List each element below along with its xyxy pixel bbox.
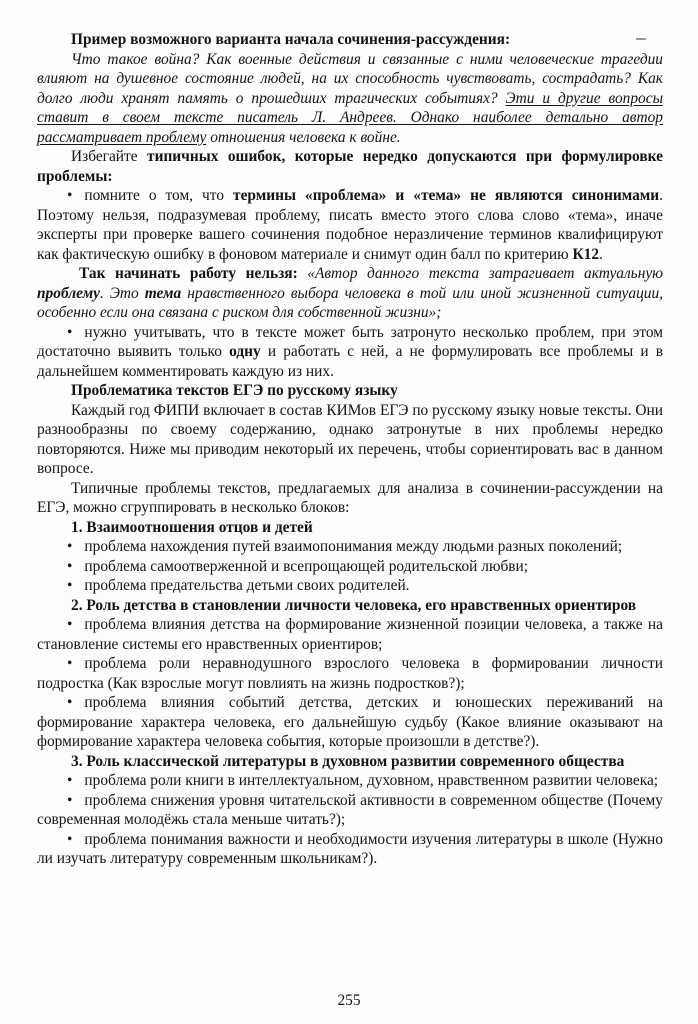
bullet-icon: • <box>67 616 84 633</box>
text-run: . Это <box>100 285 145 302</box>
paragraph: Что такое война? Как военные действия и … <box>37 50 663 148</box>
text-run: проблема нахождения путей взаимопонимани… <box>84 538 622 555</box>
bullet-item: •проблема влияния детства на формировани… <box>37 615 663 654</box>
bullet-icon: • <box>67 577 84 594</box>
text-run: проблема роли неравнодушного взрослого ч… <box>37 655 663 692</box>
text-run: проблема понимания важности и необходимо… <box>37 831 663 868</box>
text-run: проблема влияния детства на формирование… <box>37 616 663 653</box>
text-run: термины «проблема» и «тема» не являются … <box>233 187 659 204</box>
text-run: проблема снижения уровня читательской ак… <box>37 792 663 829</box>
section-heading: 3. Роль классической литературы в духовн… <box>37 752 663 772</box>
text-run: 2. Роль детства в становлении личности ч… <box>71 597 636 614</box>
scan-artifact <box>636 38 646 40</box>
text-run: Проблематика текстов ЕГЭ по русскому язы… <box>71 382 398 399</box>
bullet-item: •проблема самоотверженной и всепрощающей… <box>37 557 663 577</box>
paragraph: Избегайте типичных ошибок, которые неред… <box>37 147 663 186</box>
paragraph: Каждый год ФИПИ включает в состав КИМов … <box>37 401 663 479</box>
bullet-item: •проблема понимания важности и необходим… <box>37 830 663 869</box>
bullet-icon: • <box>67 772 84 789</box>
text-run: помните о том, что <box>84 187 233 204</box>
text-run: тема <box>145 285 181 302</box>
bullet-icon: • <box>67 558 84 575</box>
bullet-item: •проблема снижения уровня читательской а… <box>37 791 663 830</box>
document-body: Пример возможного варианта начала сочине… <box>37 30 663 869</box>
paragraph: Так начинать работу нельзя: «Автор данно… <box>37 264 663 323</box>
bullet-item: •нужно учитывать, что в тексте может быт… <box>37 323 663 382</box>
text-run: проблема самоотверженной и всепрощающей … <box>84 558 528 575</box>
text-run: Пример возможного варианта начала сочине… <box>71 31 510 48</box>
page-number: 255 <box>0 991 698 1011</box>
bullet-icon: • <box>67 792 84 809</box>
bullet-item: •проблема роли книги в интеллектуальном,… <box>37 771 663 791</box>
text-run: 3. Роль классической литературы в духовн… <box>71 753 624 770</box>
text-run: отношения человека к войне. <box>206 129 400 146</box>
text-run: Избегайте <box>71 148 147 165</box>
bullet-icon: • <box>67 655 84 672</box>
text-run: Каждый год ФИПИ включает в состав КИМов … <box>37 402 663 478</box>
text-run: . <box>599 246 603 263</box>
bullet-item: •помните о том, что термины «проблема» и… <box>37 186 663 264</box>
text-run: «Автор данного текста затрагивает актуал… <box>307 265 663 282</box>
bullet-item: •проблема предательства детьми своих род… <box>37 576 663 596</box>
section-heading: 2. Роль детства в становлении личности ч… <box>37 596 663 616</box>
bullet-icon: • <box>67 694 84 711</box>
text-run: Так начинать работу нельзя: <box>79 265 307 282</box>
section-heading: Проблематика текстов ЕГЭ по русскому язы… <box>37 381 663 401</box>
bullet-item: •проблема роли неравнодушного взрослого … <box>37 654 663 693</box>
text-run: проблема предательства детьми своих роди… <box>84 577 409 594</box>
bullet-item: •проблема нахождения путей взаимопониман… <box>37 537 663 557</box>
document-title: Пример возможного варианта начала сочине… <box>37 30 663 50</box>
text-run: 1. Взаимоотношения отцов и детей <box>71 519 313 536</box>
paragraph: Типичные проблемы текстов, предлагаемых … <box>37 479 663 518</box>
document-page: Пример возможного варианта начала сочине… <box>0 0 698 1024</box>
bullet-icon: • <box>67 187 84 204</box>
text-run: одну <box>229 343 261 360</box>
section-heading: 1. Взаимоотношения отцов и детей <box>37 518 663 538</box>
text-run: проблема влияния событий детства, детски… <box>37 694 663 750</box>
bullet-icon: • <box>67 324 84 341</box>
bullet-icon: • <box>67 831 84 848</box>
text-run: проблема роли книги в интеллектуальном, … <box>84 772 658 789</box>
text-run: Типичные проблемы текстов, предлагаемых … <box>37 480 663 517</box>
text-run: проблему <box>37 285 100 302</box>
text-run: К12 <box>573 246 600 263</box>
bullet-item: •проблема влияния событий детства, детск… <box>37 693 663 752</box>
bullet-icon: • <box>67 538 84 555</box>
